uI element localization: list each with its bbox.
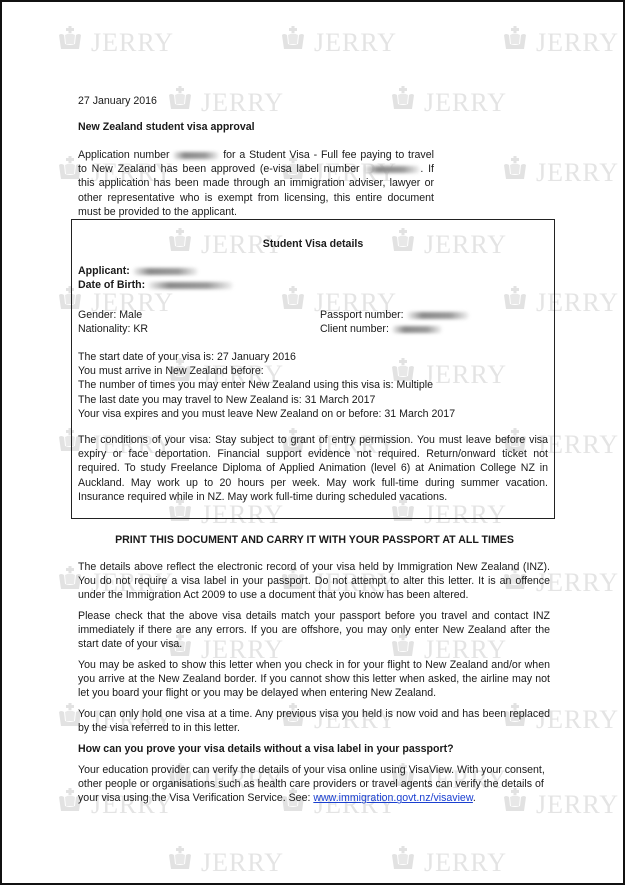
details-heading: Student Visa details (71, 237, 555, 251)
letter-title: New Zealand student visa approval (78, 120, 255, 134)
faq-answer: Your education provider can verify the d… (78, 763, 550, 806)
document-page: JERRYJERRYJERRYJERRYJERRYJERRYJERRYJERRY… (0, 0, 625, 885)
applicant-row: Applicant: (78, 264, 198, 278)
redacted-evisa-label-number (364, 166, 420, 173)
paragraph-show-letter: You may be asked to show this letter whe… (78, 658, 550, 701)
visa-expiry-date: Your visa expires and you must leave New… (78, 407, 455, 421)
intro-text-1: Application number (78, 149, 170, 161)
visa-conditions: The conditions of your visa: Stay subjec… (78, 433, 548, 504)
gender: Gender: Male (78, 308, 142, 322)
dob-row: Date of Birth: (78, 278, 233, 292)
paragraph-check-details: Please check that the above visa details… (78, 609, 550, 652)
redacted-client-number (392, 326, 442, 333)
faq-answer-end: . (473, 792, 476, 804)
faq-question: How can you prove your visa details with… (78, 742, 454, 756)
passport-row: Passport number: (320, 308, 469, 322)
client-row: Client number: (320, 322, 442, 336)
letter-date: 27 January 2016 (78, 94, 157, 108)
redacted-dob (148, 282, 233, 289)
client-label: Client number: (320, 323, 389, 335)
intro-paragraph: Application number for a Student Visa - … (78, 148, 434, 219)
print-notice: PRINT THIS DOCUMENT AND CARRY IT WITH YO… (62, 533, 567, 547)
redacted-passport-number (407, 312, 469, 319)
letter-content: 27 January 2016 New Zealand student visa… (2, 2, 623, 883)
visaview-link[interactable]: www.immigration.govt.nz/visaview (313, 792, 473, 804)
nationality: Nationality: KR (78, 322, 148, 336)
redacted-application-number (173, 152, 219, 159)
visa-entries: The number of times you may enter New Ze… (78, 378, 455, 392)
passport-label: Passport number: (320, 309, 404, 321)
visa-dates-list: The start date of your visa is: 27 Janua… (78, 350, 455, 421)
redacted-applicant (133, 268, 198, 275)
paragraph-one-visa: You can only hold one visa at a time. An… (78, 707, 550, 735)
applicant-label: Applicant: (78, 265, 130, 277)
visa-arrive-before: You must arrive in New Zealand before: (78, 364, 455, 378)
paragraph-electronic-record: The details above reflect the electronic… (78, 560, 550, 603)
visa-start-date: The start date of your visa is: 27 Janua… (78, 350, 455, 364)
visa-last-travel-date: The last date you may travel to New Zeal… (78, 393, 455, 407)
dob-label: Date of Birth: (78, 279, 145, 291)
